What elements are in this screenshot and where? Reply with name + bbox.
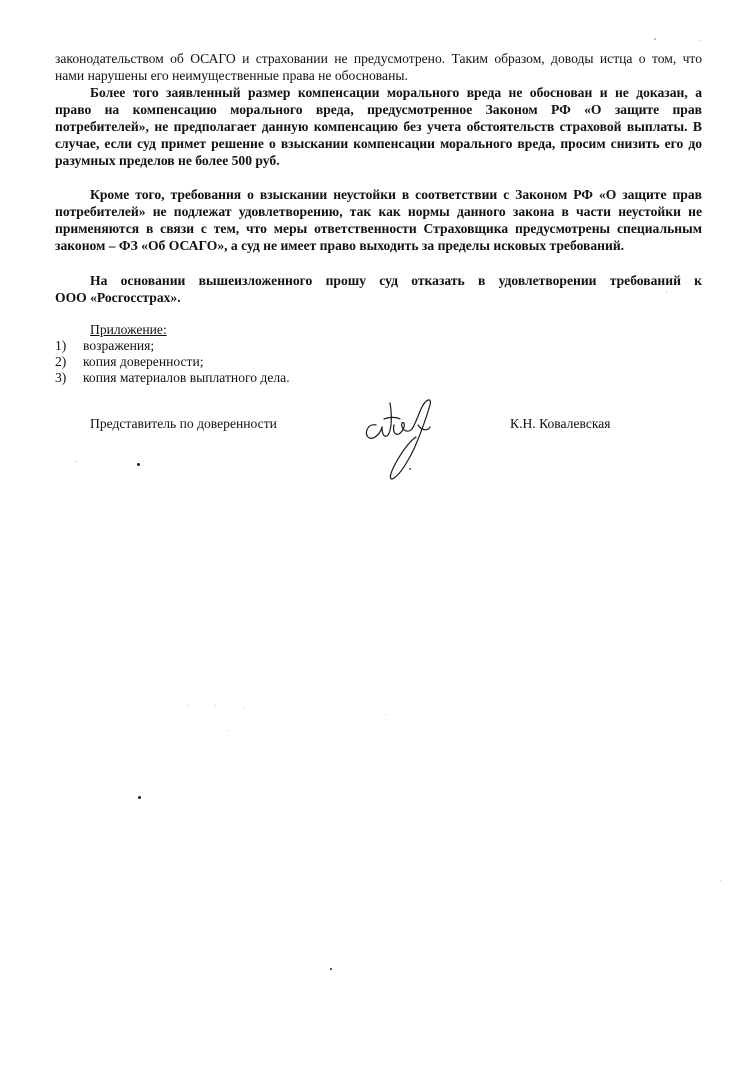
text-line: законодательством об ОСАГО и страховании… [55,50,702,67]
text-line: потребителей» не подлежат удовлетворению… [55,203,702,220]
attachment-item: 1)возражения; [55,337,154,354]
text-line: потребителей», не предполагает данную ко… [55,118,702,135]
scan-speck [215,705,216,706]
attachment-text: копия доверенности; [83,354,204,369]
document-page: законодательством об ОСАГО и страховании… [0,0,744,1065]
text-line: разумных пределов не более 500 руб. [55,152,702,169]
scan-speck [385,714,386,715]
text-line: право на компенсацию морального вреда, п… [55,101,702,118]
attachments-heading-text: Приложение: [90,322,167,337]
attachment-text: копия материалов выплатного дела. [83,370,290,385]
text-line: нами нарушены его неимущественные права … [55,67,702,84]
scan-speck [244,707,245,708]
signatory-role: Представитель по доверенности [90,415,277,432]
attachment-number: 3) [55,369,83,386]
text-line: ООО «Росгосстрах». [55,289,702,306]
scan-speck [138,796,141,799]
text-line: законом – ФЗ «Об ОСАГО», а суд не имеет … [55,237,702,254]
attachment-number: 2) [55,353,83,370]
scan-speck [137,463,140,466]
attachment-item: 3)копия материалов выплатного дела. [55,369,290,386]
text-line: Кроме того, требования о взыскании неуст… [90,186,702,203]
scan-speck [700,40,701,41]
scan-speck [75,461,76,462]
attachment-item: 2)копия доверенности; [55,353,204,370]
text-line: случае, если суд примет решение о взыска… [55,135,702,152]
scan-speck [654,38,656,40]
scan-speck [666,291,667,292]
scan-speck [188,705,189,706]
attachment-number: 1) [55,337,83,354]
text-line: На основании вышеизложенного прошу суд о… [90,272,702,289]
scan-speck [330,968,332,970]
scan-speck [228,730,229,731]
handwritten-signature-icon [362,395,462,485]
text-line: Более того заявленный размер компенсации… [90,84,702,101]
signatory-name: К.Н. Ковалевская [510,415,611,432]
attachment-text: возражения; [83,338,154,353]
text-line: применяются в связи с тем, что меры отве… [55,220,702,237]
scan-speck [720,880,721,881]
attachments-heading: Приложение: [90,321,702,338]
